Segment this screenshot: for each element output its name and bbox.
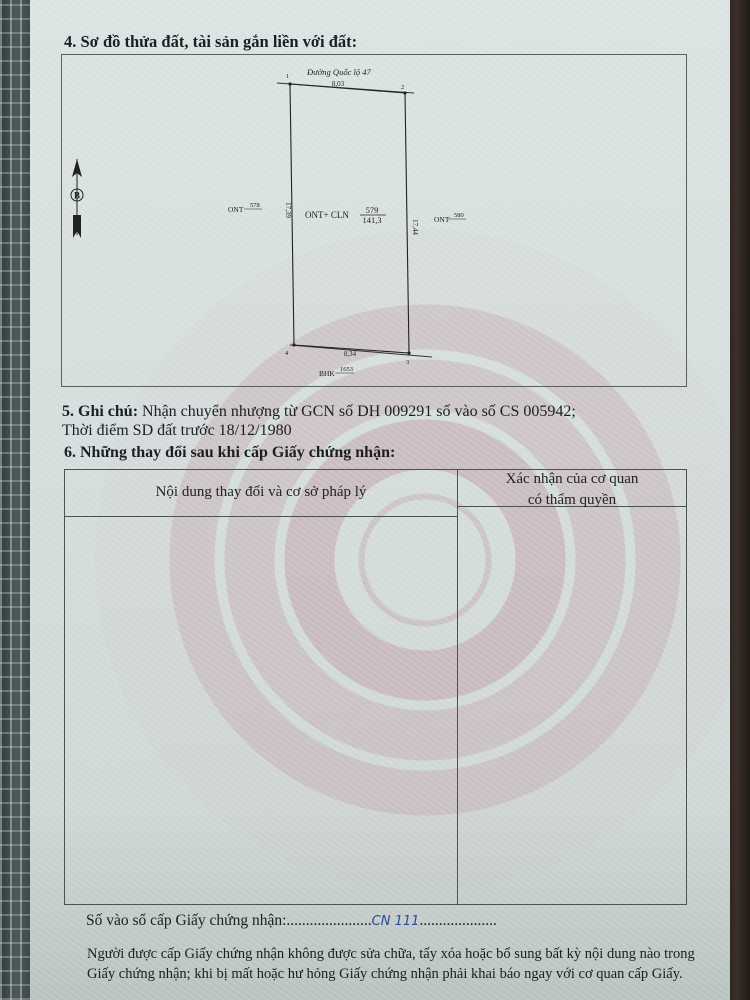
svg-text:ONT+ CLN: ONT+ CLN [305, 210, 349, 220]
column-header-change-content: Nội dung thay đổi và cơ sở pháp lý [65, 482, 457, 503]
authority-confirmation-cell [458, 507, 686, 904]
svg-text:B: B [74, 191, 80, 201]
section-6-title: 6. Những thay đổi sau khi cấp Giấy chứng… [64, 444, 395, 462]
changes-table: Nội dung thay đổi và cơ sở pháp lý Xác n… [64, 469, 687, 905]
plastic-sleeve-edge [0, 0, 32, 1000]
section-5-text: Nhận chuyển nhượng từ GCN số DH 009291 s… [138, 403, 576, 420]
svg-text:8,03: 8,03 [332, 80, 345, 88]
section-4-title: 4. Sơ đồ thửa đất, tài sản gắn liền với … [64, 32, 357, 52]
land-plot-diagram: B Đường Quốc lộ 47 1234 8,03 8,34 17,39 … [61, 54, 687, 387]
registry-dots-before: ...................... [286, 912, 371, 929]
svg-text:141,3: 141,3 [362, 215, 381, 225]
svg-text:580: 580 [454, 212, 464, 219]
footer-warning: Người được cấp Giấy chứng nhận không đượ… [87, 944, 707, 984]
plot-sketch: B Đường Quốc lộ 47 1234 8,03 8,34 17,39 … [62, 55, 688, 388]
svg-text:578: 578 [250, 202, 260, 209]
svg-text:ONT: ONT [434, 215, 450, 224]
registry-handwritten-value: CN 111 [372, 914, 420, 929]
svg-text:1: 1 [286, 73, 289, 80]
section-5-label: 5. Ghi chú: [62, 403, 138, 420]
svg-text:579: 579 [366, 205, 379, 215]
svg-text:BHK: BHK [319, 369, 335, 378]
section-5-text-line2: Thời điểm SD đất trước 18/12/1980 [62, 422, 292, 440]
registry-label: Số vào sổ cấp Giấy chứng nhận: [86, 912, 286, 929]
table-surface-edge [728, 0, 750, 1000]
svg-text:ONT: ONT [228, 205, 244, 214]
svg-text:8,34: 8,34 [344, 350, 357, 358]
svg-text:3: 3 [406, 359, 409, 366]
column-header-authority-confirmation: Xác nhận của cơ quan có thẩm quyền [457, 469, 687, 511]
svg-text:1653: 1653 [340, 366, 353, 373]
change-content-cell [65, 517, 457, 904]
registry-dots-after: .................... [419, 912, 497, 929]
svg-text:2: 2 [401, 84, 404, 91]
section-5-note: 5. Ghi chú: Nhận chuyển nhượng từ GCN số… [62, 403, 576, 421]
column-header-line-1: Xác nhận của cơ quan [457, 469, 687, 490]
north-arrow-icon: B [71, 159, 83, 238]
svg-text:17,39: 17,39 [284, 202, 292, 218]
svg-text:17,44: 17,44 [411, 219, 419, 235]
registry-number-line: Số vào sổ cấp Giấy chứng nhận:..........… [86, 912, 497, 930]
svg-text:Đường Quốc lộ 47: Đường Quốc lộ 47 [306, 67, 371, 77]
svg-text:4: 4 [285, 350, 289, 357]
